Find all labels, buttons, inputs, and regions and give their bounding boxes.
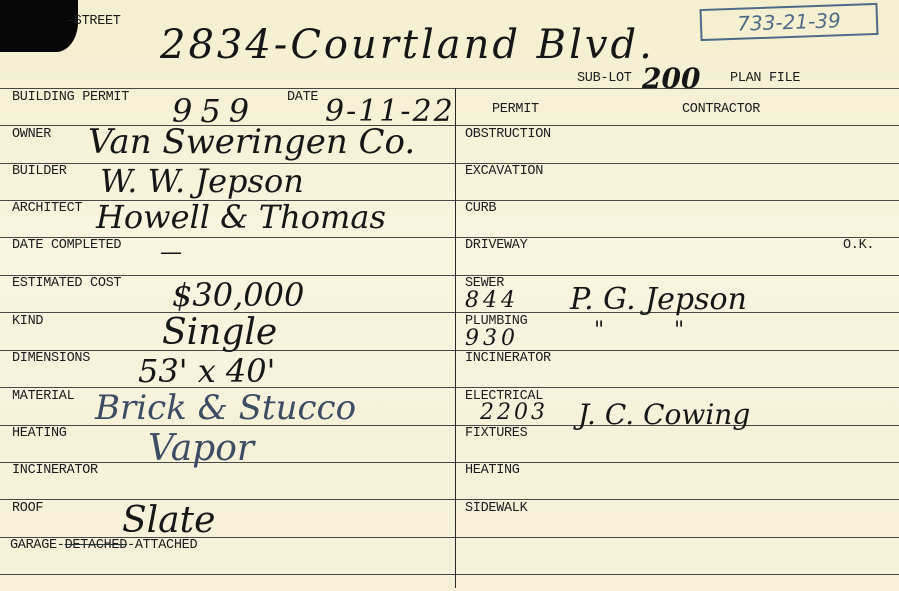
material-value: Brick & Stucco	[95, 388, 356, 428]
permit-driveway-label: DRIVEWAY	[465, 238, 527, 253]
electrical-contractor: J. C. Cowing	[578, 398, 750, 431]
plan-file-label: PLAN FILE	[730, 71, 800, 86]
sublot-value: 200	[642, 62, 700, 95]
kind-label: KIND	[12, 314, 43, 329]
builder-label: BUILDER	[12, 164, 67, 179]
permit-card: -STREET 2834-Courtland Blvd. 733-21-39 S…	[0, 0, 899, 591]
permit-curb-label: CURB	[465, 201, 496, 216]
roof-label: ROOF	[12, 501, 43, 516]
heating-label: HEATING	[12, 426, 67, 441]
street-value: 2834-Courtland Blvd.	[160, 22, 655, 68]
contractor-header: CONTRACTOR	[682, 102, 760, 117]
driveway-note: O.K.	[843, 238, 874, 253]
permit-sidewalk-label: SIDEWALK	[465, 501, 527, 516]
dimensions-value: 53' x 40'	[138, 352, 275, 390]
permit-incinerator-label: INCINERATOR	[465, 351, 551, 366]
estimated-cost-value: $30,000	[172, 276, 304, 314]
owner-value: Van Sweringen Co.	[88, 122, 415, 162]
electrical-number: 2203	[480, 400, 548, 425]
incinerator-label: INCINERATOR	[12, 463, 98, 478]
material-label: MATERIAL	[12, 389, 74, 404]
permit-fixtures-label: FIXTURES	[465, 426, 527, 441]
permit-excavation-label: EXCAVATION	[465, 164, 543, 179]
builder-value: W. W. Jepson	[100, 162, 304, 200]
owner-label: OWNER	[12, 127, 51, 142]
building-permit-label: BUILDING PERMIT	[12, 90, 129, 105]
plumbing-contractor: " "	[594, 318, 684, 343]
date-completed-label: DATE COMPLETED	[12, 238, 121, 253]
roof-value: Slate	[122, 500, 215, 541]
sublot-label: SUB-LOT	[577, 71, 632, 86]
street-label: -STREET	[66, 14, 121, 29]
garage-detached-struck: DETACHED	[65, 538, 127, 553]
garage-label: GARAGE-DETACHED-ATTACHED	[10, 538, 197, 553]
permit-heating-label: HEATING	[465, 463, 520, 478]
date-completed-value: —	[160, 240, 182, 265]
heating-value: Vapor	[148, 428, 254, 469]
architect-value: Howell & Thomas	[96, 198, 386, 236]
garage-attached: -ATTACHED	[127, 538, 197, 553]
file-stamp: 733-21-39	[699, 3, 878, 41]
dimensions-label: DIMENSIONS	[12, 351, 90, 366]
plumbing-number: 930	[465, 326, 519, 351]
sewer-contractor: P. G. Jepson	[570, 282, 747, 317]
date-label: DATE	[287, 90, 318, 105]
sewer-number: 844	[465, 288, 519, 313]
permit-header: PERMIT	[492, 102, 539, 117]
estimated-cost-label: ESTIMATED COST	[12, 276, 121, 291]
permit-obstruction-label: OBSTRUCTION	[465, 127, 551, 142]
kind-value: Single	[162, 312, 277, 353]
architect-label: ARCHITECT	[12, 201, 82, 216]
garage-prefix: GARAGE-	[10, 538, 65, 553]
